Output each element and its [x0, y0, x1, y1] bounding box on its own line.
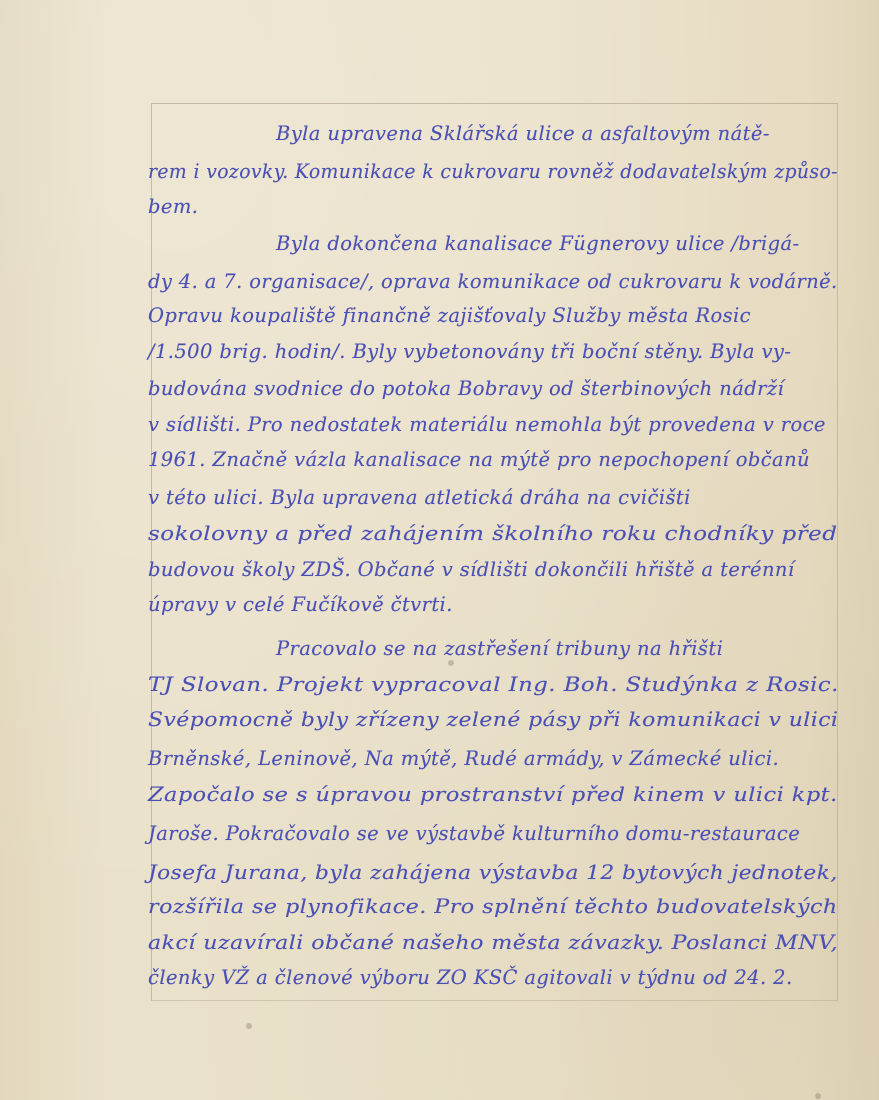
paper-blemish [246, 1023, 252, 1029]
text-line-10: 1961. Značně vázla kanalisace na mýtě pr… [148, 448, 810, 471]
text-line-3: bem. [148, 195, 198, 218]
text-line-14: úpravy v celé Fučíkově čtvrti. [148, 593, 453, 616]
text-line-19: Započalo se s úpravou prostranství před … [148, 783, 838, 806]
paper-blemish [448, 660, 454, 666]
text-line-4: Byla dokončena kanalisace Fügnerovy ulic… [276, 232, 800, 255]
text-line-5: dy 4. a 7. organisace/, oprava komunikac… [148, 270, 838, 293]
text-line-12: sokolovny a před zahájením školního roku… [148, 522, 837, 545]
text-line-18: Brněnské, Leninově, Na mýtě, Rudé armády… [148, 747, 779, 770]
text-line-20: Jaroše. Pokračovalo se ve výstavbě kultu… [148, 822, 800, 845]
text-line-21: Josefa Jurana, byla zahájena výstavba 12… [148, 861, 838, 884]
paper-blemish [815, 1093, 821, 1099]
text-line-17: Svépomocně byly zřízeny zelené pásy při … [148, 708, 838, 731]
text-line-1: Byla upravena Sklářská ulice a asfaltový… [276, 122, 836, 145]
text-line-22: rozšířila se plynofikace. Pro splnění tě… [148, 895, 838, 918]
text-line-9: v sídlišti. Pro nedostatek materiálu nem… [148, 413, 826, 436]
text-line-15: Pracovalo se na zastřešení tribuny na hř… [276, 637, 723, 660]
text-line-16: TJ Slovan. Projekt vypracoval Ing. Boh. … [148, 673, 839, 696]
text-line-7: /1.500 brig. hodin/. Byly vybetonovány t… [148, 340, 791, 363]
text-line-23: akcí uzavírali občané našeho města závaz… [148, 931, 838, 954]
text-line-11: v této ulici. Byla upravena atletická dr… [148, 486, 691, 509]
text-line-6: Opravu koupaliště finančně zajišťovaly S… [148, 304, 751, 327]
text-line-13: budovou školy ZDŠ. Občané v sídlišti dok… [148, 558, 795, 581]
text-line-2: rem i vozovky. Komunikace k cukrovaru ro… [148, 160, 838, 183]
text-line-8: budována svodnice do potoka Bobravy od š… [148, 377, 784, 400]
text-line-24: členky VŽ a členové výboru ZO KSČ agitov… [148, 966, 793, 989]
